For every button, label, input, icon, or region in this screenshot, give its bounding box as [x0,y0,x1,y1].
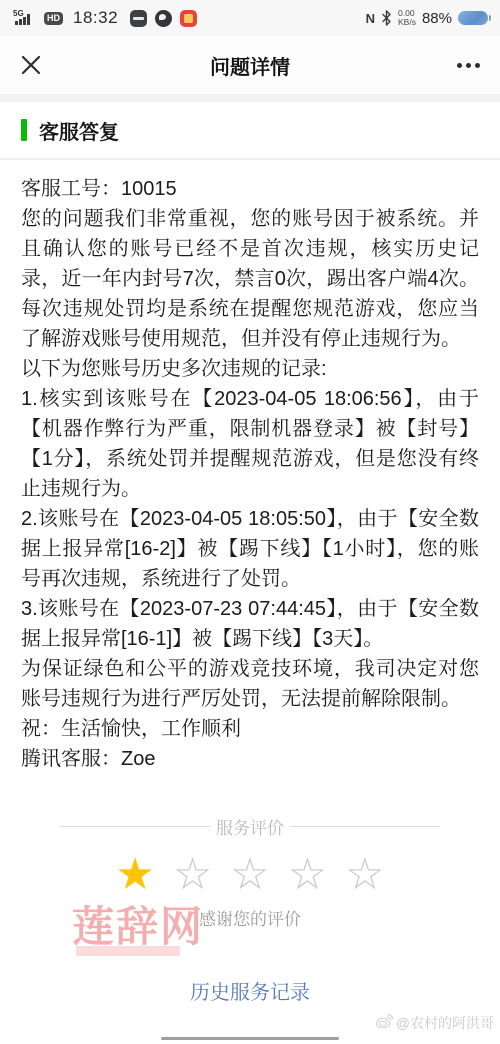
section-title: 客服答复 [39,116,119,145]
network-speed-indicator: 0.00 KB/s [398,9,416,27]
star-empty[interactable]: ☆ [173,853,212,897]
reply-paragraph: 您的问题我们非常重视，您的账号因于被系统。并且确认您的账号已经不是首次违规，核实… [21,204,479,354]
rating-label: 服务评价 [210,814,290,839]
site-watermark-underline [76,946,180,956]
star-row: ★☆☆☆☆ [0,853,500,897]
nfc-icon: N [366,11,375,26]
speed-unit: KB/s [398,18,416,27]
reply-paragraph: 2.该账号在【2023-04-05 18:05:50】，由于【安全数据上报异常[… [21,504,479,594]
battery-icon [458,11,488,25]
more-options-icon[interactable] [455,57,482,74]
reply-body: 客服工号：10015您的问题我们非常重视，您的账号因于被系统。并且确认您的账号已… [0,160,500,774]
reply-paragraph: 3.该账号在【2023-07-23 07:44:45】，由于【安全数据上报异常[… [21,594,479,654]
chat-app-notification-icon [155,10,172,27]
reply-paragraph: 为保证绿色和公平的游戏竞技环境，我司决定对您账号违规行为进行严厉处罚，无法提前解… [21,654,479,714]
signal-strength-icon: 5G [12,8,36,28]
reply-paragraph: 祝：生活愉快，工作顺利 [21,714,479,744]
home-indicator[interactable] [161,1037,339,1041]
section-header: 客服答复 [0,102,500,160]
nav-bar: 问题详情 [0,36,500,94]
accent-bar [21,119,27,141]
app-notification-icon-red [180,10,197,27]
reply-paragraph: 腾讯客服：Zoe [21,744,479,774]
status-time: 18:32 [73,8,118,28]
reply-paragraph: 客服工号：10015 [21,174,479,204]
star-empty[interactable]: ☆ [345,853,384,897]
star-empty[interactable]: ☆ [230,853,269,897]
weibo-icon [375,1014,393,1032]
status-bar: 5G HD 18:32 N 0.00 KB/s 88% [0,0,500,36]
page-title: 问题详情 [0,51,500,80]
credit-watermark-text: @农村的阿洪哥 [396,1013,494,1033]
close-icon[interactable] [18,52,44,78]
history-service-link[interactable]: 历史服务记录 [0,976,500,1005]
star-empty[interactable]: ☆ [288,853,327,897]
rating-thanks-text: 感谢您的评价 [0,905,500,930]
star-filled[interactable]: ★ [115,853,154,897]
reply-paragraph: 以下为您账号历史多次违规的记录: [21,354,479,384]
divider-line [60,826,210,827]
battery-percent: 88% [422,10,452,27]
reply-paragraph: 1.核实到该账号在【2023-04-05 18:06:56】，由于【机器作弊行为… [21,384,479,504]
divider-line [290,826,440,827]
hd-voice-icon: HD [44,12,63,25]
bluetooth-icon [381,10,392,26]
divider-band [0,94,500,102]
rating-divider: 服务评价 [60,814,440,839]
credit-watermark: @农村的阿洪哥 [375,1013,494,1033]
app-notification-icon [130,10,147,27]
